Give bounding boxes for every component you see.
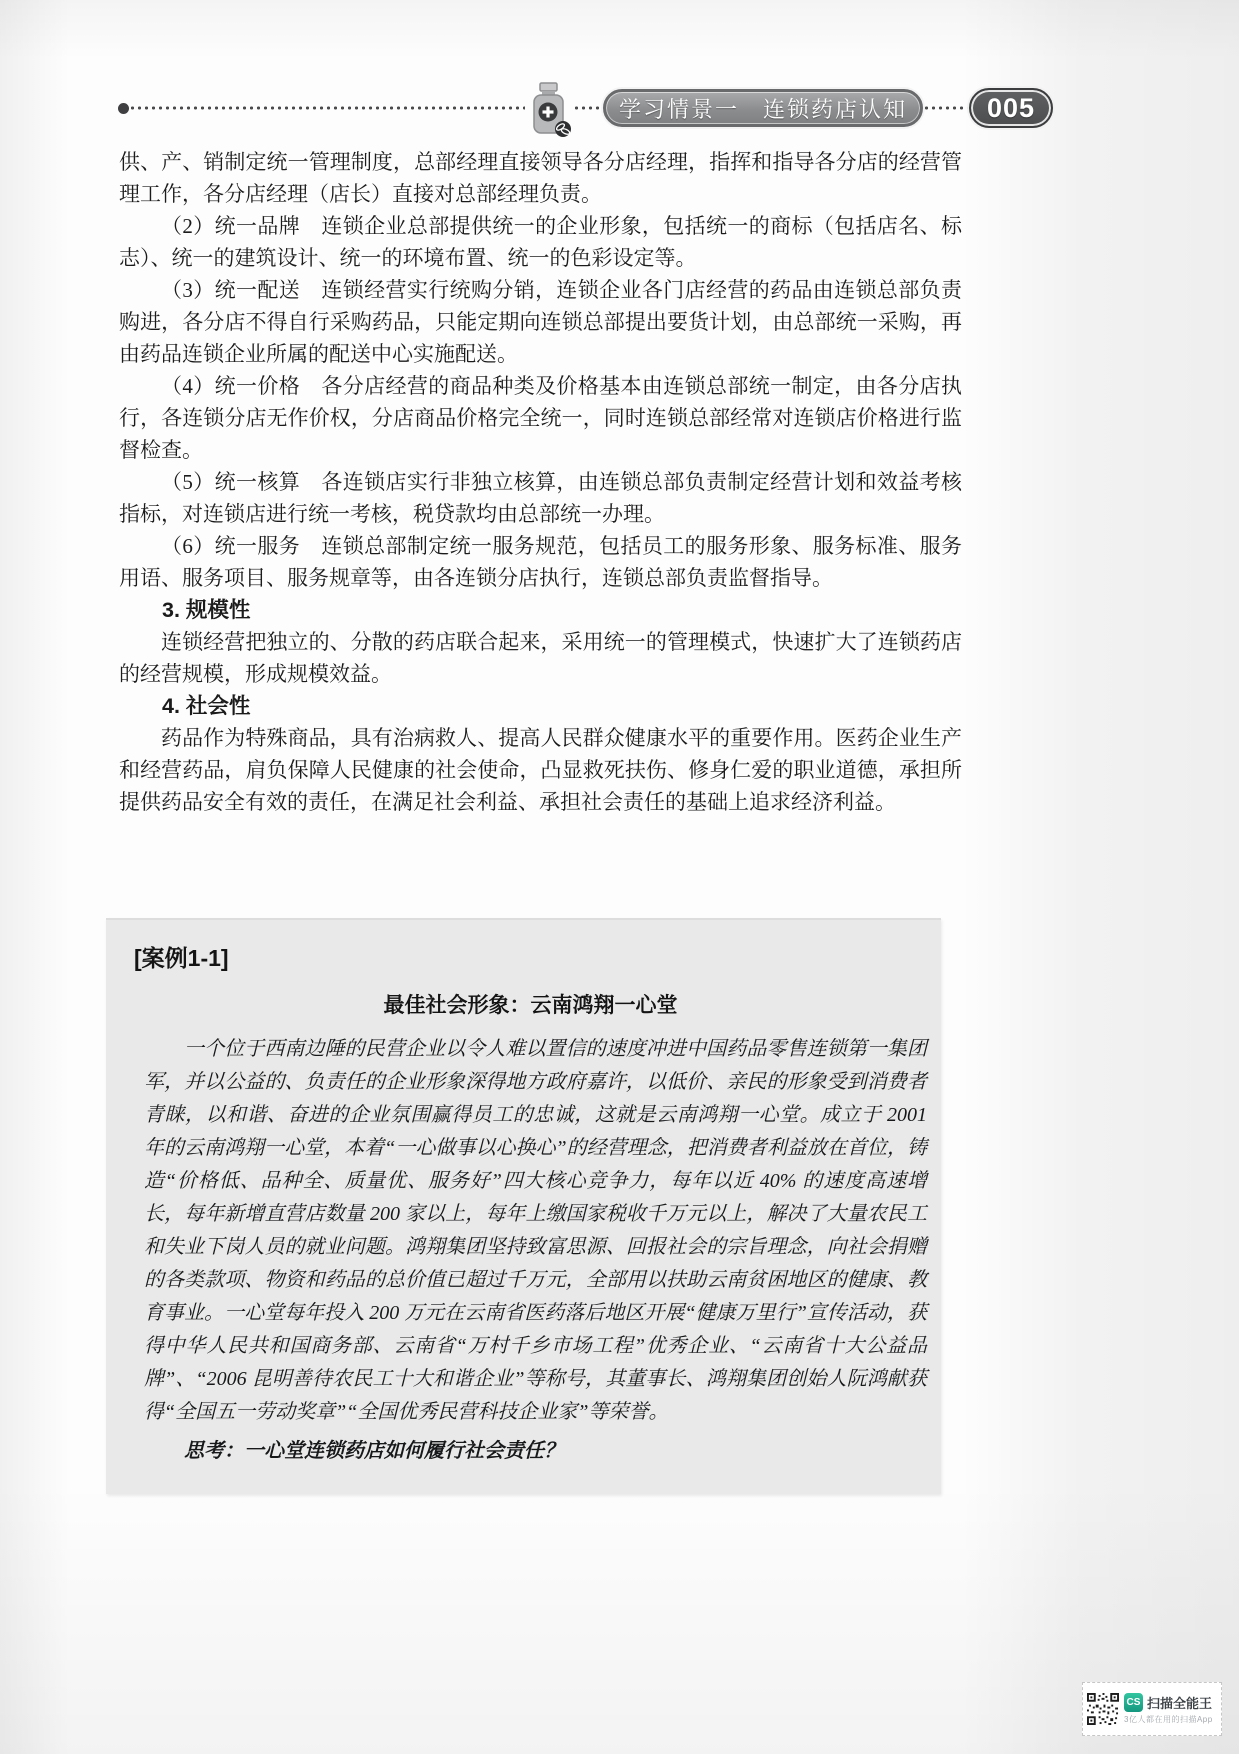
watermark-tagline: 3亿人都在用的扫描App: [1124, 1714, 1213, 1725]
chapter-badge: 学习情景一 连锁药店认知: [603, 89, 923, 127]
page-header: 学习情景一 连锁药店认知 005: [118, 80, 1066, 136]
chapter-title: 学习情景一 连锁药店认知: [619, 93, 907, 124]
body-paragraph: （4）统一价格 各分店经营的商品种类及价格基本由连锁总部统一制定，由各分店执行，…: [119, 370, 962, 466]
scanner-watermark: CS 扫描全能王 3亿人都在用的扫描App: [1082, 1682, 1222, 1736]
leader-start-dot: [118, 103, 129, 114]
body-paragraph: （5）统一核算 各连锁店实行非独立核算，由连锁总部负责制定经营计划和效益考核指标…: [119, 466, 962, 530]
qr-code: [1087, 1693, 1119, 1725]
camscanner-logo-icon: CS: [1124, 1693, 1143, 1712]
case-question: 思考：一心堂连锁药店如何履行社会责任？: [144, 1435, 927, 1468]
subsection-heading: 3. 规模性: [119, 594, 962, 626]
dotted-leader-line: [923, 106, 969, 110]
dotted-leader-line: [129, 106, 525, 110]
body-paragraph: （3）统一配送 连锁经营实行统购分销，连锁企业各门店经营的药品由连锁总部负责购进…: [119, 274, 962, 370]
body-paragraph: 连锁经营把独立的、分散的药店联合起来，采用统一的管理模式，快速扩大了连锁药店的经…: [119, 626, 962, 690]
scanned-page: 学习情景一 连锁药店认知 005 供、产、销制定统一管理制度，总部经理直接领导各…: [0, 0, 1239, 1754]
body-paragraph: （2）统一品牌 连锁企业总部提供统一的企业形象，包括统一的商标（包括店名、标志）…: [119, 210, 962, 274]
pills-icon: [555, 121, 571, 137]
watermark-app-name: 扫描全能王: [1147, 1693, 1212, 1712]
dotted-leader-line: [573, 106, 603, 110]
case-study-box: [案例1-1] 最佳社会形象：云南鸿翔一心堂 一个位于西南边陲的民营企业以令人难…: [106, 918, 941, 1494]
medicine-bottle-icon: [525, 82, 573, 138]
subsection-heading: 4. 社会性: [119, 690, 962, 722]
case-label: [案例1-1]: [134, 940, 927, 973]
body-paragraph: 供、产、销制定统一管理制度，总部经理直接领导各分店经理，指挥和指导各分店的经营管…: [119, 146, 962, 210]
body-paragraph: （6）统一服务 连锁总部制定统一服务规范，包括员工的服务形象、服务标准、服务用语…: [119, 530, 962, 594]
main-text-column: 供、产、销制定统一管理制度，总部经理直接领导各分店经理，指挥和指导各分店的经营管…: [119, 146, 962, 818]
case-body-text: 一个位于西南边陲的民营企业以令人难以置信的速度冲进中国药品零售连锁第一集团军，并…: [144, 1033, 927, 1429]
body-paragraph: 药品作为特殊商品，具有治病救人、提高人民群众健康水平的重要作用。医药企业生产和经…: [119, 722, 962, 818]
page-number-badge: 005: [969, 88, 1053, 128]
case-title: 最佳社会形象：云南鸿翔一心堂: [134, 989, 927, 1019]
